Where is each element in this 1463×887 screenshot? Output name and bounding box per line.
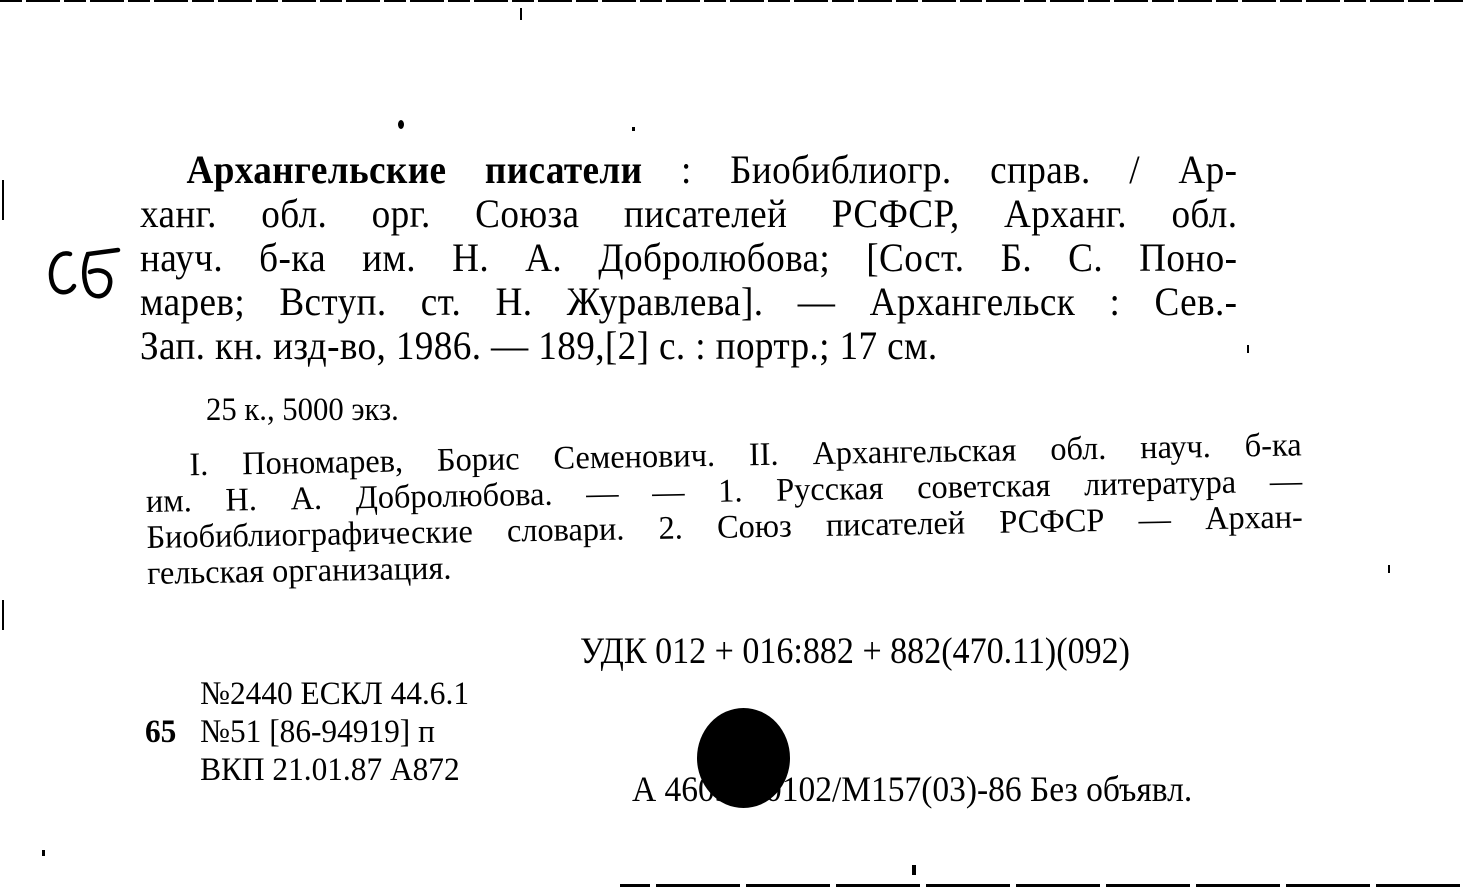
print-info-line-2: 65№51 [86-94919] п [145, 713, 469, 751]
main-entry: Архангельские писатели : Биобиблиогр. сп… [140, 148, 1237, 368]
handwritten-mark [44, 238, 114, 308]
print-order-number: №2440 ЕСКЛ 44.6.1 [200, 676, 469, 712]
scan-speck [1247, 345, 1249, 353]
main-entry-line-3: науч. б-ка им. Н. А. Добролюбова; [Сост.… [140, 236, 1237, 280]
print-info-line-3: ВКП 21.01.87 А872 [145, 751, 469, 789]
scan-speck [520, 8, 522, 20]
title-statement: : Биобиблиогр. справ. / Ар- [642, 147, 1237, 192]
print-info: №2440 ЕСКЛ 44.6.1 65№51 [86-94919] п ВКП… [145, 675, 469, 789]
main-entry-line-1: Архангельские писатели : Биобиблиогр. сп… [140, 148, 1237, 192]
price-and-print-run: 25 к., 5000 экз. [206, 392, 399, 429]
scan-speck [42, 850, 45, 856]
main-entry-line-5: Зап. кн. изд-во, 1986. — 189,[2] с. : по… [140, 324, 1237, 368]
scan-speck [912, 865, 916, 875]
tracings: I. Пономарев, Борис Семенович. II. Архан… [145, 427, 1304, 592]
chamber-date: ВКП 21.01.87 А872 [200, 752, 460, 788]
scan-speck [2, 600, 4, 630]
scan-speck [632, 127, 635, 131]
scan-edge-top [0, 0, 1463, 2]
print-prefix: 65 [145, 713, 200, 751]
scan-speck [398, 120, 404, 129]
udk-classification: УДК 012 + 016:882 + 882(470.11)(092) [580, 630, 1130, 673]
registration-number: №51 [86-94919] п [200, 714, 435, 750]
scan-speck [1388, 565, 1390, 573]
scan-speck [2, 180, 4, 220]
title: Архангельские писатели [187, 147, 643, 192]
main-entry-line-2: ханг. обл. орг. Союза писателей РСФСР, А… [140, 192, 1237, 236]
main-entry-line-4: марев; Вступ. ст. Н. Журавлева]. — Архан… [140, 280, 1237, 324]
ink-blot [697, 708, 790, 808]
print-info-line-1: №2440 ЕСКЛ 44.6.1 [145, 675, 469, 713]
